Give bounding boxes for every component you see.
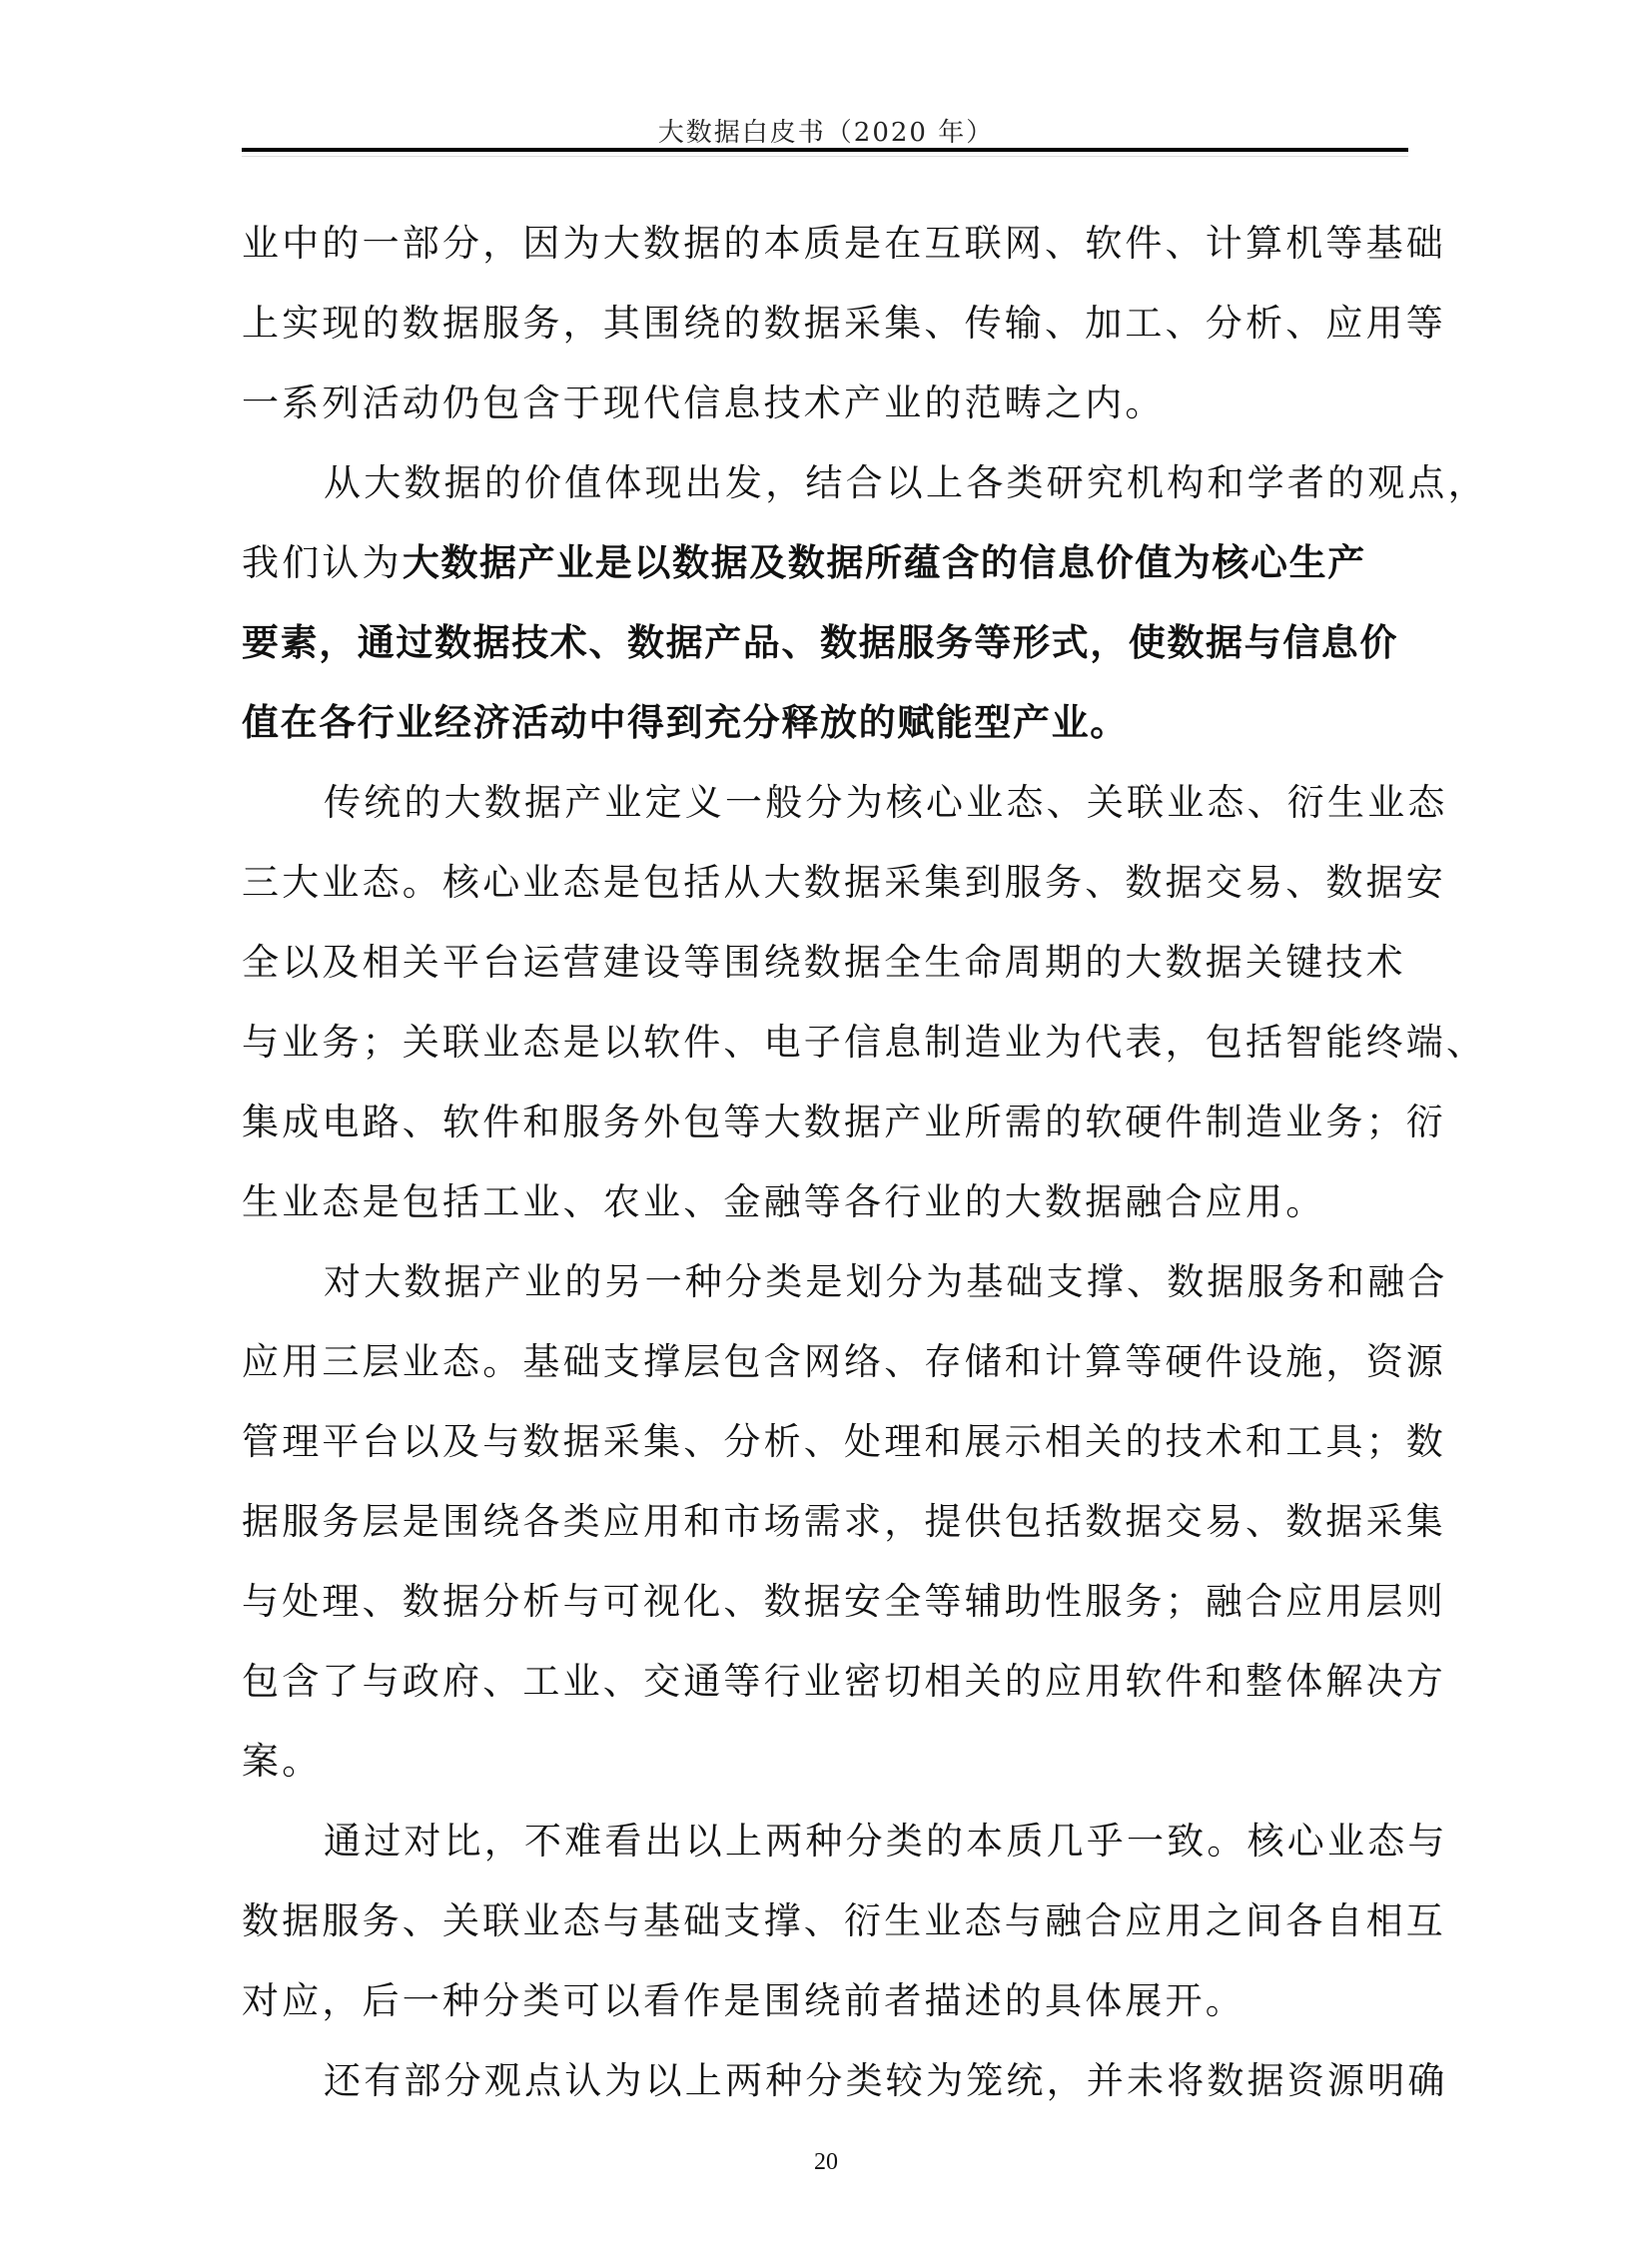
text-line: 案。 xyxy=(242,1722,1408,1802)
header-divider xyxy=(242,148,1408,152)
text-line: 一系列活动仍包含于现代信息技术产业的范畴之内。 xyxy=(242,364,1408,443)
text-line: 生业态是包括工业、农业、金融等各行业的大数据融合应用。 xyxy=(242,1162,1408,1242)
paragraph: 通过对比，不难看出以上两种分类的本质几乎一致。核心业态与 数据服务、关联业态与基… xyxy=(242,1802,1408,2041)
text-line: 三大业态。核心业态是包括从大数据采集到服务、数据交易、数据安 xyxy=(242,843,1408,923)
text-line: 全以及相关平台运营建设等围绕数据全生命周期的大数据关键技术 xyxy=(242,923,1408,1003)
text-line: 与处理、数据分析与可视化、数据安全等辅助性服务；融合应用层则 xyxy=(242,1562,1408,1642)
text-line: 管理平台以及与数据采集、分析、处理和展示相关的技术和工具；数 xyxy=(242,1402,1408,1482)
text-line: 与业务；关联业态是以软件、电子信息制造业为代表，包括智能终端、 xyxy=(242,1003,1408,1083)
text-line: 据服务层是围绕各类应用和市场需求，提供包括数据交易、数据采集 xyxy=(242,1482,1408,1562)
paragraph: 传统的大数据产业定义一般分为核心业态、关联业态、衍生业态 三大业态。核心业态是包… xyxy=(242,763,1408,1242)
document-body: 业中的一部分，因为大数据的本质是在互联网、软件、计算机等基础 上实现的数据服务，… xyxy=(242,204,1408,2121)
paragraph: 对大数据产业的另一种分类是划分为基础支撑、数据服务和融合 应用三层业态。基础支撑… xyxy=(242,1242,1408,1802)
page-header-title: 大数据白皮书（2020 年） xyxy=(0,112,1652,149)
text-line: 对应，后一种分类可以看作是围绕前者描述的具体展开。 xyxy=(242,1961,1408,2041)
text-line: 上实现的数据服务，其围绕的数据采集、传输、加工、分析、应用等 xyxy=(242,284,1408,364)
paragraph: 业中的一部分，因为大数据的本质是在互联网、软件、计算机等基础 上实现的数据服务，… xyxy=(242,204,1408,443)
text-line: 业中的一部分，因为大数据的本质是在互联网、软件、计算机等基础 xyxy=(242,204,1408,284)
paragraph-definition: 从大数据的价值体现出发，结合以上各类研究机构和学者的观点， 我们认为大数据产业是… xyxy=(242,443,1408,763)
paragraph: 还有部分观点认为以上两种分类较为笼统，并未将数据资源明确 xyxy=(242,2041,1408,2121)
text-plain: 我们认为 xyxy=(242,541,403,584)
header-divider-thin xyxy=(242,156,1408,157)
definition-bold-text: 大数据产业是以数据及数据所蕴含的信息价值为核心生产 xyxy=(403,541,1366,584)
text-line: 还有部分观点认为以上两种分类较为笼统，并未将数据资源明确 xyxy=(242,2041,1408,2121)
text-line: 通过对比，不难看出以上两种分类的本质几乎一致。核心业态与 xyxy=(242,1802,1408,1881)
definition-bold-text: 要素，通过数据技术、数据产品、数据服务等形式，使数据与信息价 xyxy=(242,603,1408,683)
definition-bold-text: 值在各行业经济活动中得到充分释放的赋能型产业。 xyxy=(242,683,1408,763)
text-line: 数据服务、关联业态与基础支撑、衍生业态与融合应用之间各自相互 xyxy=(242,1881,1408,1961)
text-line: 从大数据的价值体现出发，结合以上各类研究机构和学者的观点， xyxy=(242,443,1408,523)
text-line: 对大数据产业的另一种分类是划分为基础支撑、数据服务和融合 xyxy=(242,1242,1408,1322)
text-line: 集成电路、软件和服务外包等大数据产业所需的软硬件制造业务；衍 xyxy=(242,1083,1408,1162)
page-number: 20 xyxy=(0,2149,1652,2176)
text-line: 传统的大数据产业定义一般分为核心业态、关联业态、衍生业态 xyxy=(242,763,1408,843)
text-line: 我们认为大数据产业是以数据及数据所蕴含的信息价值为核心生产 xyxy=(242,523,1408,603)
text-line: 应用三层业态。基础支撑层包含网络、存储和计算等硬件设施，资源 xyxy=(242,1322,1408,1402)
text-line: 包含了与政府、工业、交通等行业密切相关的应用软件和整体解决方 xyxy=(242,1642,1408,1722)
